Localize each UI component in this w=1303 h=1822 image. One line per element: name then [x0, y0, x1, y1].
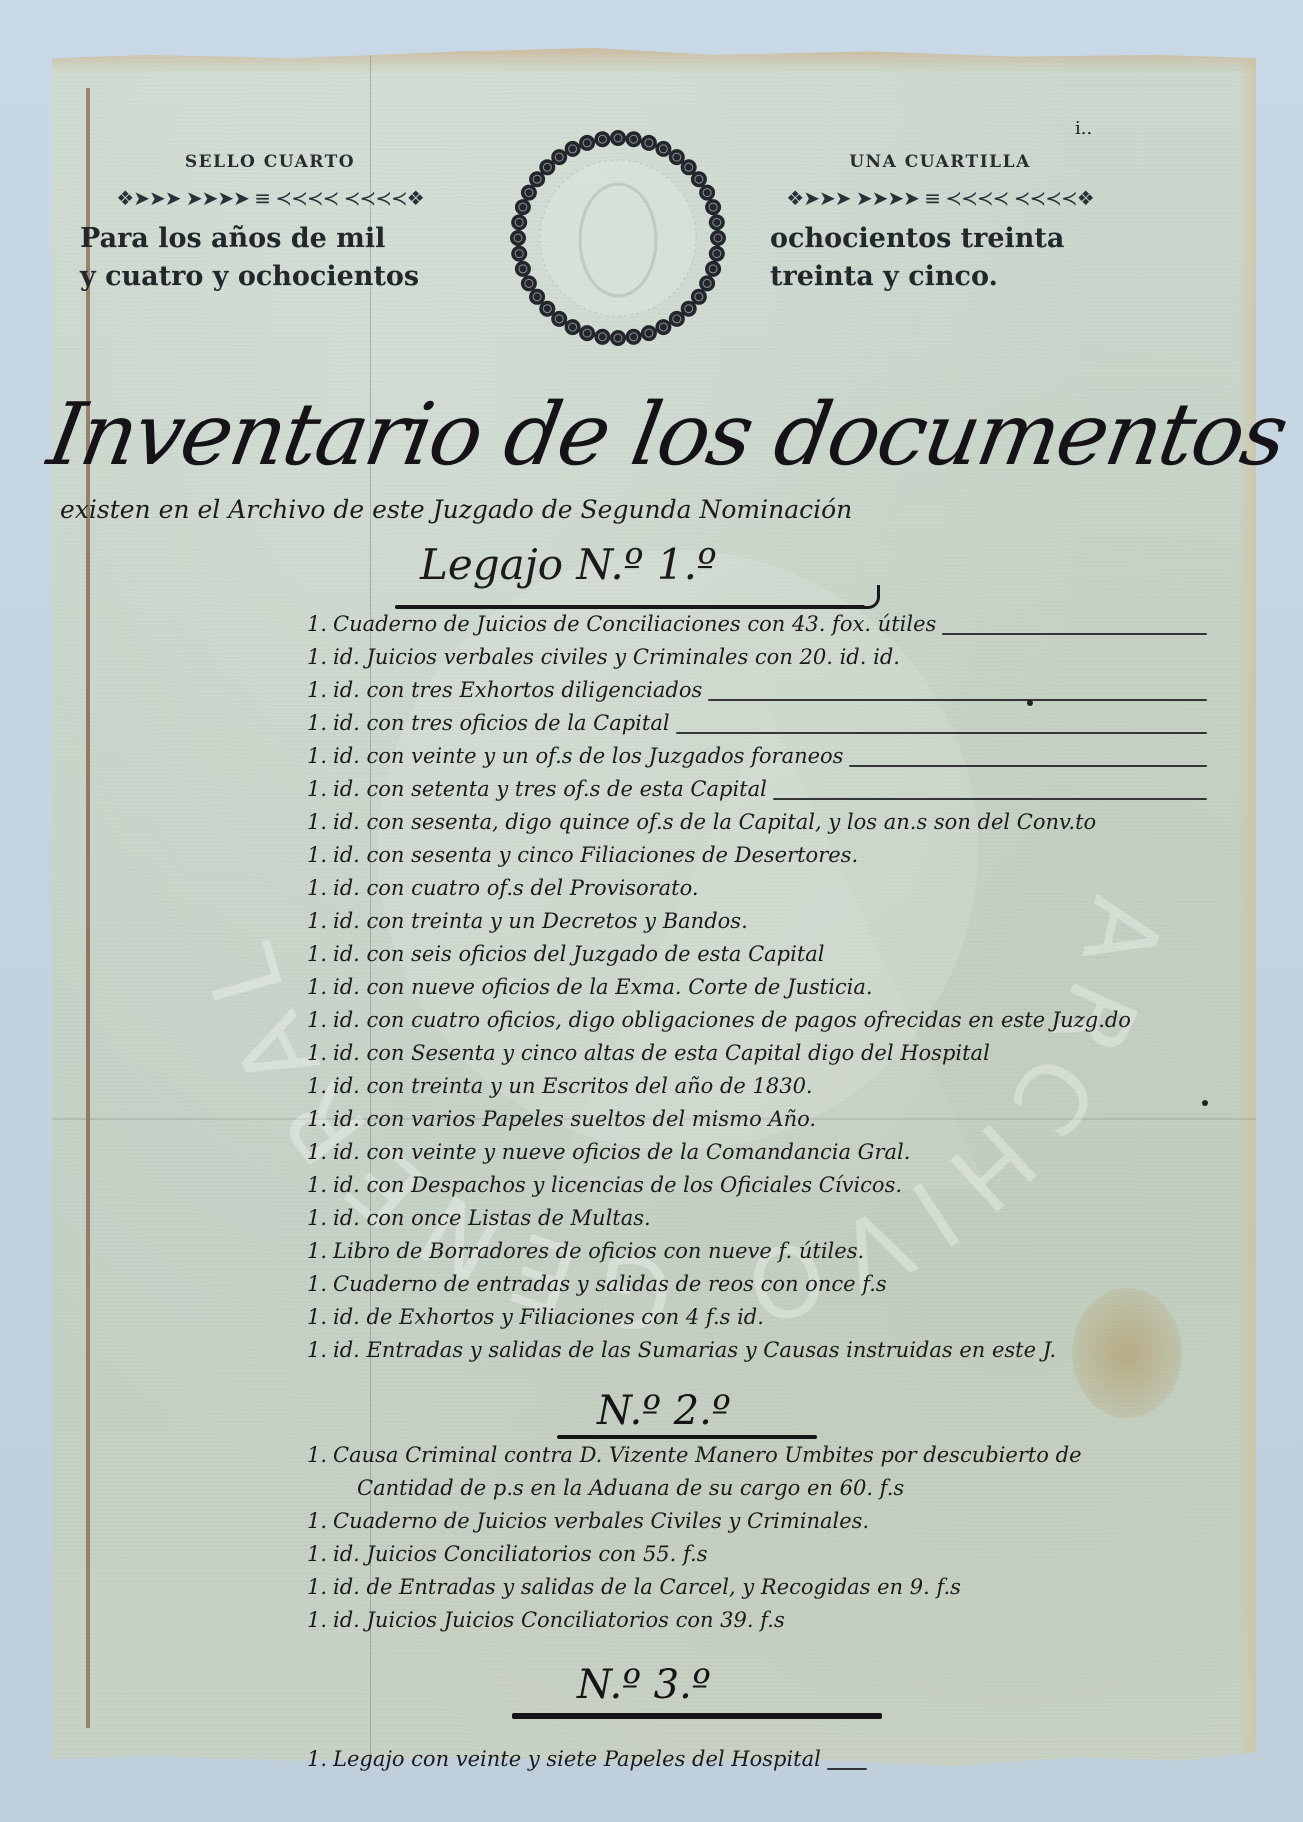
inventory-title: Inventario de los documentos q.: [41, 385, 1303, 485]
list-item: 1.Legajo con veinte y siete Papeles del …: [307, 1747, 1207, 1780]
section-2: 1.Causa Criminal contra D. Vizente Maner…: [307, 1433, 1207, 1641]
list-item: 1.id. Juicios verbales civiles y Crimina…: [307, 645, 1207, 678]
stamp-line: ochocientos treinta: [730, 220, 1150, 258]
embossed-seal: [500, 120, 736, 356]
list-item-continuation: Cantidad de p.s en la Aduana de su cargo…: [307, 1476, 1207, 1509]
list-item: 1.id. con Sesenta y cinco altas de esta …: [307, 1041, 1207, 1074]
list-item: 1.id. con treinta y un Decretos y Bandos…: [307, 909, 1207, 942]
stamp-right-block: UNA CUARTILLA ❖➤➤➤ ➤➤➤➤ ≡ ≺≺≺≺ ≺≺≺≺❖ och…: [730, 152, 1150, 296]
list-item: 1.Causa Criminal contra D. Vizente Maner…: [307, 1443, 1207, 1476]
list-item: 1.id. con Despachos y licencias de los O…: [307, 1173, 1207, 1206]
legajo-heading: Legajo N.º 1.º: [420, 540, 717, 589]
list-item: 1.id. con nueve oficios de la Exma. Cort…: [307, 975, 1207, 1008]
section-3: 1.Legajo con veinte y siete Papeles del …: [307, 1729, 1207, 1780]
stamp-line: treinta y cinco.: [730, 258, 1150, 296]
sello-cuarto-label: SELLO CUARTO: [60, 152, 480, 172]
section-underline: [557, 1435, 817, 1439]
list-item: 1.id. de Exhortos y Filiaciones con 4 f.…: [307, 1305, 1207, 1338]
section-underline: [512, 1713, 882, 1719]
section-legajo-1: 1.Cuaderno de Juicios de Conciliaciones …: [307, 612, 1207, 1371]
list-item: 1.id. con once Listas de Multas.: [307, 1206, 1207, 1239]
list-item: 1.id. con cuatro oficios, digo obligacio…: [307, 1008, 1207, 1041]
list-item: 1.id. Juicios Conciliatorios con 55. f.s: [307, 1542, 1207, 1575]
legajo-underline: [395, 605, 865, 609]
stamp-line: y cuatro y ochocientos: [60, 258, 480, 296]
list-item: 1.Cuaderno de entradas y salidas de reos…: [307, 1272, 1207, 1305]
binding-thread: [86, 88, 90, 1728]
list-item: 1.id. con treinta y un Escritos del año …: [307, 1074, 1207, 1107]
una-cuartilla-label: UNA CUARTILLA: [730, 152, 1150, 172]
list-item: 1.Cuaderno de Juicios verbales Civiles y…: [307, 1509, 1207, 1542]
section-number: N.º 2.º: [307, 1389, 731, 1433]
section-number: N.º 3.º: [307, 1663, 711, 1729]
list-item: 1.id. con varios Papeles sueltos del mis…: [307, 1107, 1207, 1140]
stamp-left-block: SELLO CUARTO ❖➤➤➤ ➤➤➤➤ ≡ ≺≺≺≺ ≺≺≺≺❖ Para…: [60, 152, 480, 296]
list-item: 1.id. Entradas y salidas de las Sumarias…: [307, 1338, 1207, 1371]
list-item: 1.Cuaderno de Juicios de Conciliaciones …: [307, 612, 1207, 645]
laurel-ornament-icon: ❖➤➤➤ ➤➤➤➤ ≡ ≺≺≺≺ ≺≺≺≺❖: [60, 186, 480, 210]
list-item: 1.id. de Entradas y salidas de la Carcel…: [307, 1575, 1207, 1608]
seal-icon: [500, 120, 736, 356]
list-item: 1.Libro de Borradores de oficios con nue…: [307, 1239, 1207, 1272]
list-item: 1.id. con setenta y tres of.s de esta Ca…: [307, 777, 1207, 810]
list-item: 1.id. con cuatro of.s del Provisorato.: [307, 876, 1207, 909]
list-item: 1.id. Juicios Juicios Conciliatorios con…: [307, 1608, 1207, 1641]
laurel-ornament-icon: ❖➤➤➤ ➤➤➤➤ ≡ ≺≺≺≺ ≺≺≺≺❖: [730, 186, 1150, 210]
inventory-list: 1.Cuaderno de Juicios de Conciliaciones …: [307, 612, 1207, 1780]
list-item: 1.id. con sesenta y cinco Filiaciones de…: [307, 843, 1207, 876]
list-item: 1.id. con tres Exhortos diligenciados: [307, 678, 1207, 711]
list-item: 1.id. con seis oficios del Juzgado de es…: [307, 942, 1207, 975]
section-heading-2: N.º 2.º: [307, 1371, 1207, 1433]
list-item: 1.id. con veinte y nueve oficios de la C…: [307, 1140, 1207, 1173]
list-item: 1.id. con sesenta, digo quince of.s de l…: [307, 810, 1207, 843]
inventory-subtitle: existen en el Archivo de este Juzgado de…: [60, 495, 852, 524]
stamp-line: Para los años de mil: [60, 220, 480, 258]
list-item: 1.id. con tres oficios de la Capital: [307, 711, 1207, 744]
list-item: 1.id. con veinte y un of.s de los Juzgad…: [307, 744, 1207, 777]
worn-right-edge: [1238, 48, 1256, 1766]
section-heading-3: N.º 3.º: [307, 1641, 1207, 1729]
corner-annotation: i..: [1075, 118, 1092, 139]
